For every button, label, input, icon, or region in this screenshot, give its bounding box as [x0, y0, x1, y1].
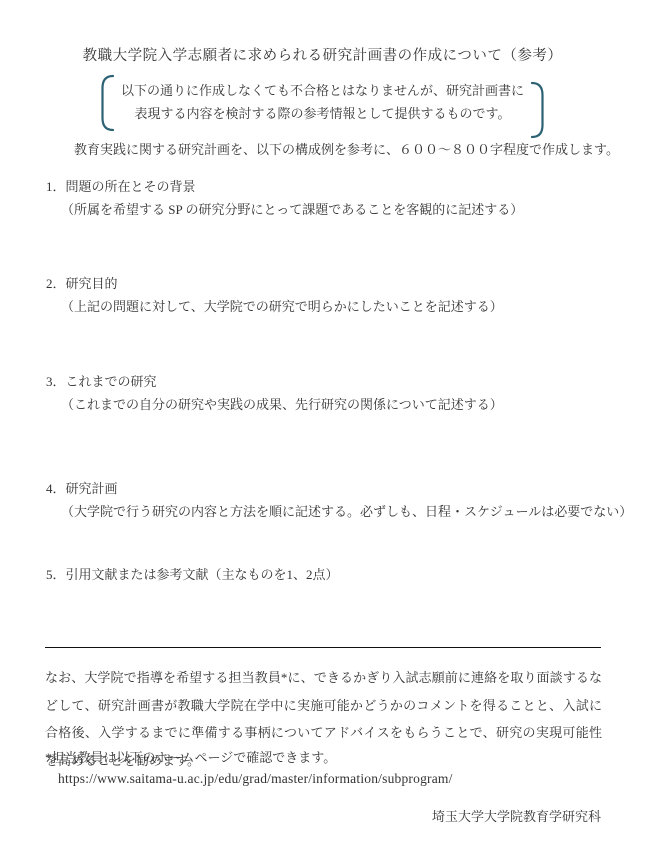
footnote: *担当教員は以下のホームページで確認できます。 [45, 747, 336, 766]
section-3-heading: 3．これまでの研究 [46, 371, 157, 390]
section-5-heading: 5．引用文献または参考文献（主なものを1、2点） [46, 564, 339, 583]
section-1-heading: 1．問題の所在とその背景 [46, 176, 196, 195]
document-page: 教職大学院入学志願者に求められる研究計画書の作成について（参考） 以下の通りに作… [0, 0, 645, 864]
signature: 埼玉大学大学院教育学研究科 [0, 806, 601, 825]
note-box: 以下の通りに作成しなくても不合格とはなりませんが、研究計画書に 表現する内容を検… [0, 74, 645, 144]
section-2-heading: 2．研究目的 [46, 273, 118, 292]
section-2-detail: （上記の問題に対して、大学院での研究で明らかにしたいことを記述する） [61, 296, 503, 315]
section-4-heading: 4．研究計画 [46, 478, 118, 497]
section-1-detail: （所属を希望する SP の研究分野にとって課題であることを客観的に記述する） [61, 199, 523, 218]
section-3-detail: （これまでの自分の研究や実践の成果、先行研究の関係について記述する） [61, 394, 503, 413]
note-line-2: 表現する内容を検討する際の参考情報として提供するものです。 [135, 106, 511, 121]
right-bracket-icon [530, 81, 546, 144]
note-text: 以下の通りに作成しなくても不合格とはなりませんが、研究計画書に 表現する内容を検… [121, 74, 524, 125]
homepage-url: https://www.saitama-u.ac.jp/edu/grad/mas… [58, 771, 453, 787]
note-line-1: 以下の通りに作成しなくても不合格とはなりませんが、研究計画書に [121, 83, 524, 98]
section-4-detail: （大学院で行う研究の内容と方法を順に記述する。必ずしも、日程・スケジュールは必要… [61, 501, 632, 520]
left-bracket-icon [99, 74, 115, 137]
horizontal-rule [45, 647, 601, 648]
document-title: 教職大学院入学志願者に求められる研究計画書の作成について（参考） [0, 44, 645, 65]
intro-paragraph: 教育実践に関する研究計画を、以下の構成例を参考に、６００～８００字程度で作成しま… [74, 139, 619, 158]
